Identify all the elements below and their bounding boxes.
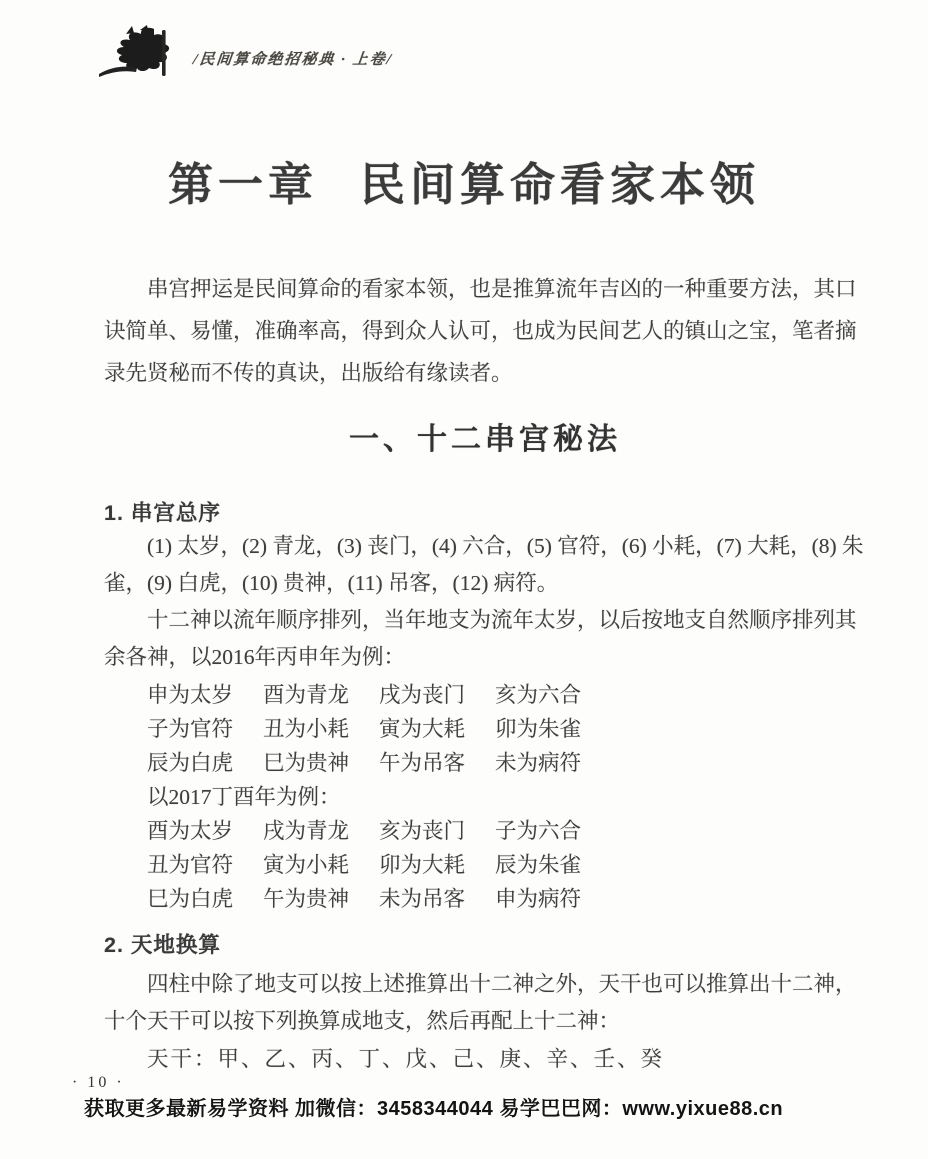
example-cell: 辰为朱雀 [495, 848, 581, 879]
example-cell: 子为官符 [147, 712, 233, 743]
subsection-heading-1: 1. 串宫总序 [104, 498, 866, 528]
example-cell: 丑为小耗 [263, 712, 349, 743]
page-body: 串宫押运是民间算命的看家本领，也是推算流年吉凶的一种重要方法，其口诀简单、易懂，… [104, 268, 866, 1074]
page-number: · 10 · [72, 1074, 125, 1092]
example-cell: 未为病符 [495, 746, 581, 777]
example-cell: 酉为太岁 [147, 814, 233, 845]
example-cell: 亥为丧门 [379, 814, 465, 845]
example-row: 子为官符 丑为小耗 寅为大耗 卯为朱雀 [147, 710, 866, 744]
example-cell: 子为六合 [495, 814, 581, 845]
chapter-name: 民间算命看家本领 [360, 148, 760, 213]
example-cell: 巳为白虎 [147, 882, 233, 913]
example-cell: 午为贵神 [263, 882, 349, 913]
example-cell: 午为吊客 [379, 746, 465, 777]
example-cell: 未为吊客 [379, 882, 465, 913]
rule-paragraph-2016: 十二神以流年顺序排列，当年地支为流年太岁，以后按地支自然顺序排列其余各神，以20… [104, 602, 866, 676]
example-cell: 戌为青龙 [263, 814, 349, 845]
chapter-number: 第一章 [168, 148, 318, 213]
example-2016-rows: 申为太岁 酉为青龙 戌为丧门 亥为六合 子为官符 丑为小耗 寅为大耗 卯为朱雀 … [104, 676, 866, 914]
example-cell: 酉为青龙 [263, 678, 349, 709]
book-header: /民间算命绝招秘典 · 上卷/ [96, 24, 394, 78]
section-title: 一、十二串宫秘法 [104, 418, 866, 462]
example-cell: 申为病符 [495, 882, 581, 913]
example-cell: 巳为贵神 [263, 746, 349, 777]
example-cell: 辰为白虎 [147, 746, 233, 777]
example-2017-label: 以2017丁酉年为例： [147, 778, 866, 812]
example-cell: 丑为官符 [147, 848, 233, 879]
example-cell: 亥为六合 [495, 678, 581, 709]
example-row: 申为太岁 酉为青龙 戌为丧门 亥为六合 [147, 676, 866, 710]
sequence-paragraph: (1) 太岁，(2) 青龙，(3) 丧门，(4) 六合，(5) 官符，(6) 小… [104, 528, 866, 602]
example-row: 酉为太岁 戌为青龙 亥为丧门 子为六合 [147, 812, 866, 846]
example-cell: 卯为大耗 [379, 848, 465, 879]
example-cell: 寅为大耗 [379, 712, 465, 743]
example-row: 巳为白虎 午为贵神 未为吊客 申为病符 [147, 880, 866, 914]
intro-paragraph: 串宫押运是民间算命的看家本领，也是推算流年吉凶的一种重要方法，其口诀简单、易懂，… [104, 268, 866, 394]
subsection-heading-2: 2. 天地换算 [104, 930, 866, 960]
book-series-title: /民间算命绝招秘典 · 上卷/ [192, 34, 395, 69]
conversion-paragraph: 四柱中除了地支可以按上述推算出十二神之外，天干也可以推算出十二神，十个天干可以按… [104, 966, 866, 1040]
tiangan-line: 天干：甲、乙、丙、丁、戊、己、庚、辛、壬、癸 [104, 1040, 866, 1074]
scanned-book-page: /民间算命绝招秘典 · 上卷/ 第一章 民间算命看家本领 串宫押运是民间算命的看… [0, 0, 928, 1159]
example-row: 丑为官符 寅为小耗 卯为大耗 辰为朱雀 [147, 846, 866, 880]
example-row: 辰为白虎 巳为贵神 午为吊客 未为病符 [147, 744, 866, 778]
example-cell: 申为太岁 [147, 678, 233, 709]
dragon-ink-logo [96, 24, 184, 78]
example-cell: 寅为小耗 [263, 848, 349, 879]
example-cell: 卯为朱雀 [495, 712, 581, 743]
chapter-title: 第一章 民间算命看家本领 [0, 148, 928, 213]
footer-watermark: 获取更多最新易学资料 加微信：3458344044 易学巴巴网：www.yixu… [84, 1092, 874, 1121]
example-cell: 戌为丧门 [379, 678, 465, 709]
